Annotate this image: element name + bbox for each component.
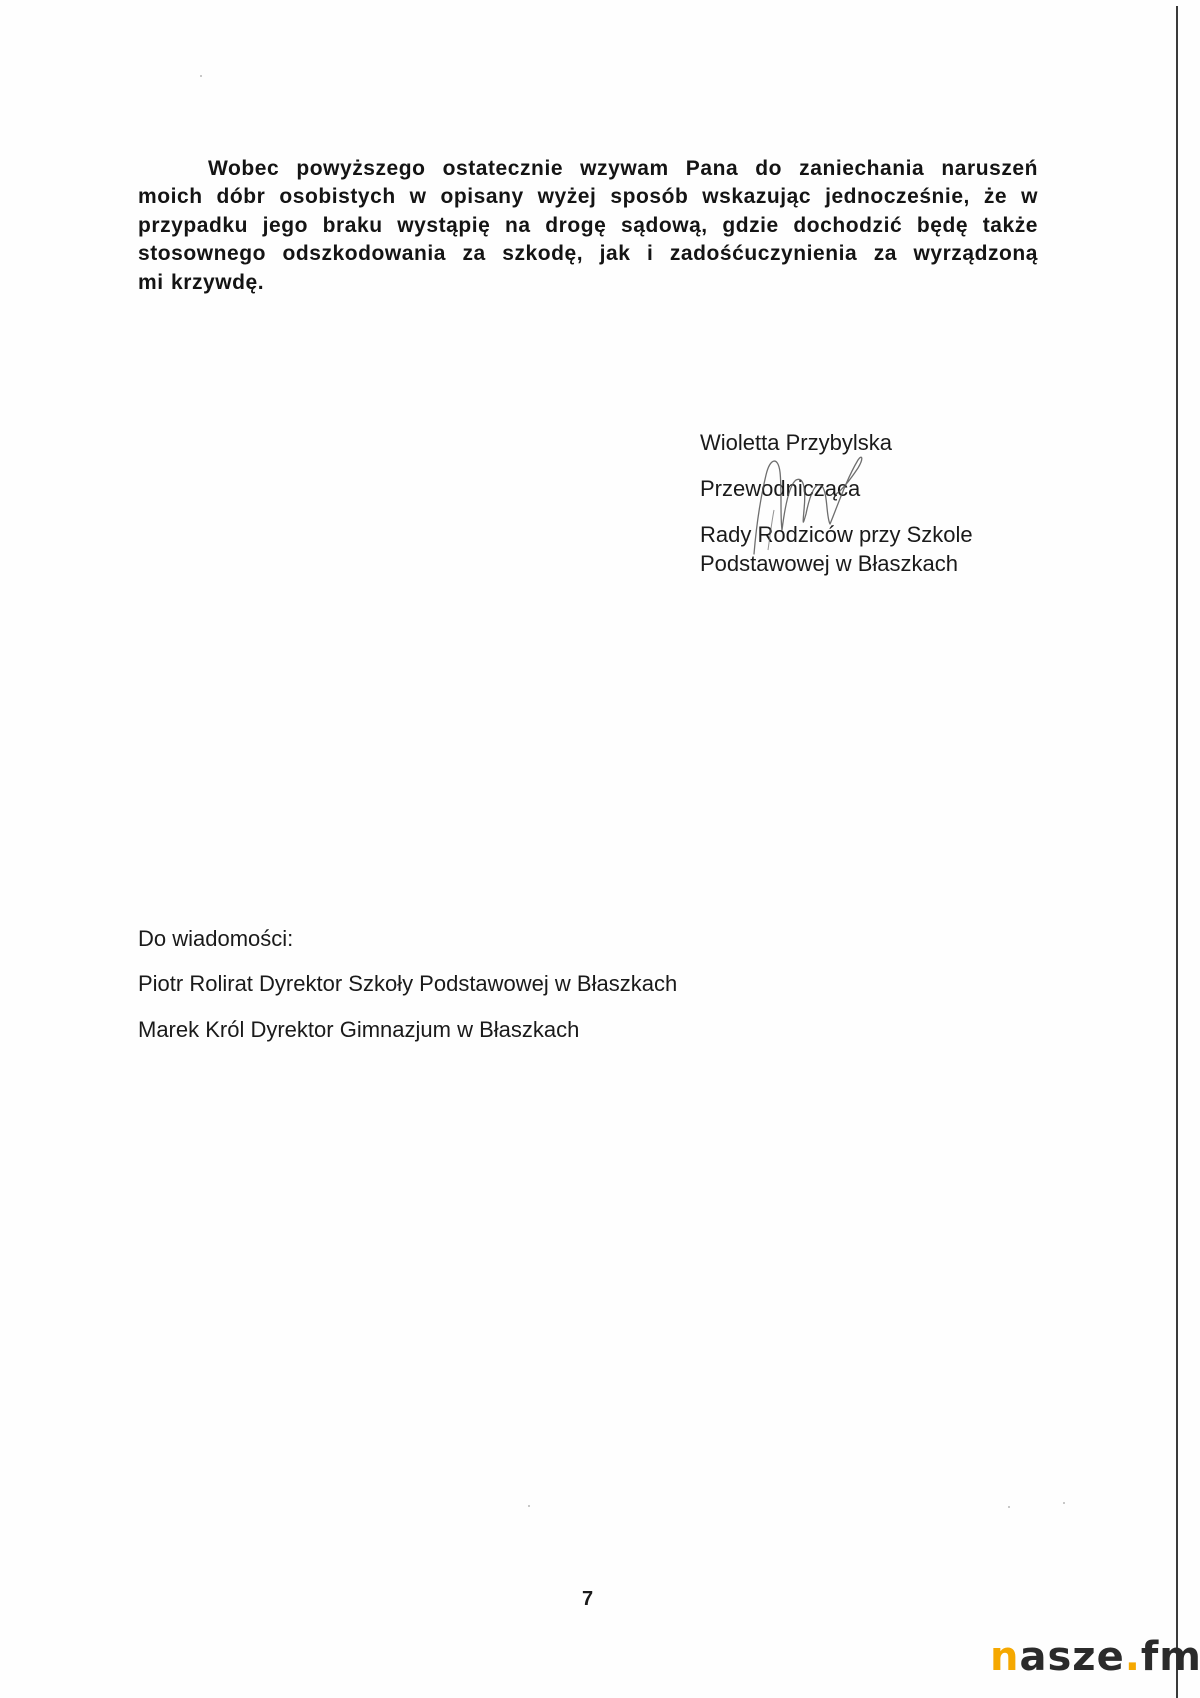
cc-recipient: Marek Król Dyrektor Gimnazjum w Błaszkac…: [138, 1017, 579, 1043]
signatory-name: Wioletta Przybylska: [700, 430, 892, 456]
nasze-fm-watermark-logo: nasze.fm: [990, 1637, 1200, 1677]
watermark-accent-letter: n: [990, 1634, 1019, 1680]
scan-speck: [528, 1505, 530, 1507]
body-line: stosownego odszkodowania za szkodę, jak …: [138, 240, 1038, 268]
body-line: mi krzywdę.: [138, 269, 1038, 297]
scan-speck: [1063, 1502, 1065, 1504]
body-line: przypadku jego braku wystąpię na drogę s…: [138, 212, 1038, 240]
body-paragraph: Wobec powyższego ostatecznie wzywam Pana…: [138, 155, 1038, 297]
signatory-org-line-1: Rady Rodziców przy Szkole: [700, 522, 973, 548]
watermark-text: asze: [1019, 1634, 1124, 1680]
watermark-dot: .: [1125, 1634, 1141, 1680]
body-line: moich dóbr osobistych w opisany wyżej sp…: [138, 183, 1038, 211]
scanned-document-page: Wobec powyższego ostatecznie wzywam Pana…: [0, 0, 1200, 1698]
signatory-title: Przewodnicząca: [700, 476, 860, 502]
scan-speck: [1008, 1506, 1010, 1508]
signatory-org-line-2: Podstawowej w Błaszkach: [700, 551, 958, 577]
cc-recipient: Piotr Rolirat Dyrektor Szkoły Podstawowe…: [138, 971, 677, 997]
scan-edge-line: [1176, 6, 1178, 1698]
watermark-suffix: fm: [1141, 1634, 1200, 1680]
scan-speck: [200, 75, 202, 77]
body-line: Wobec powyższego ostatecznie wzywam Pana…: [138, 155, 1038, 183]
cc-heading: Do wiadomości:: [138, 926, 293, 952]
page-number: 7: [582, 1588, 593, 1611]
